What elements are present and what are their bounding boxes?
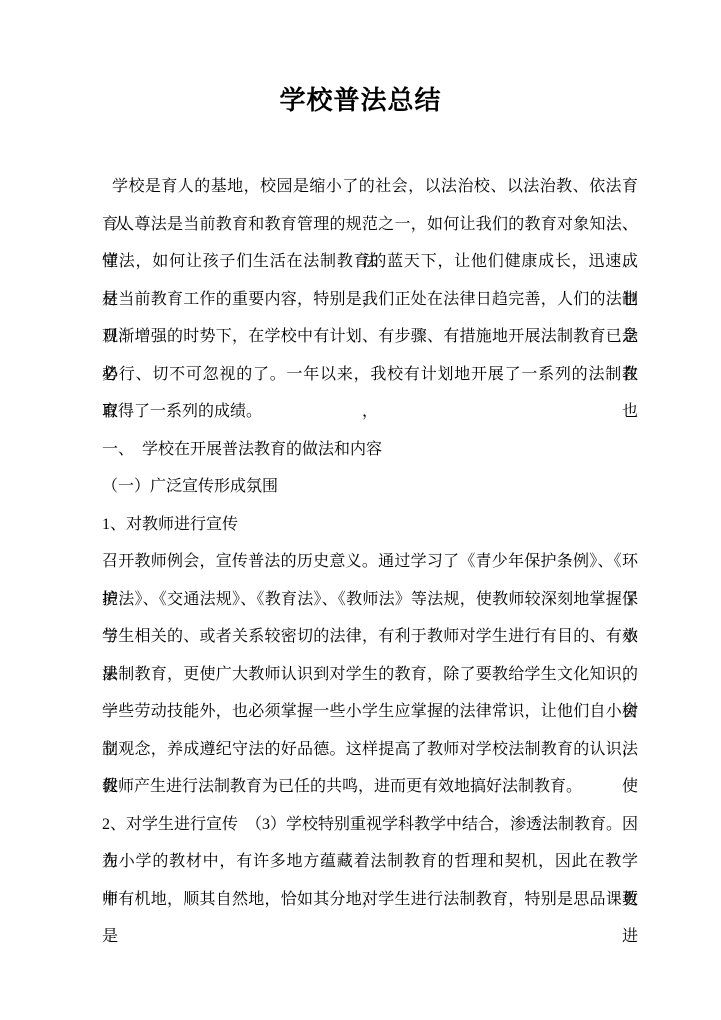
text-line: 守法，如何让孩子们生活在法制教育的蓝天下，让他们健康成长，迅速成材，也 (102, 243, 638, 281)
document-page: 学校普法总结 学校是育人的基地，校园是缩小了的社会，以法治校、以法治教、依法育人… (0, 0, 721, 1020)
text-line: 必行、切不可忽视的了。一年以来，我校有计划地开展了一系列的法制教育，也 (102, 356, 638, 394)
text-line: 2、对学生进行宣传 （3）学校特别重视学科教学中结合，渗透法制教育。因为 (102, 806, 638, 844)
text-line: 育人尊法是当前教育和教育管理的规范之一，如何让我们的教育对象知法、懂法、 (102, 206, 638, 244)
text-line: 护法》、《交通法规》、《教育法》、《教师法》等法规，使教师较深刻地掌握了与小 (102, 581, 638, 619)
subsection-heading: （一）广泛宣传形成氛围 (102, 468, 638, 506)
text-line: 学校是育人的基地，校园是缩小了的社会，以法治校、以法治教、依法育人、 (102, 168, 638, 206)
text-line: 召开教师例会，宣传普法的历史意义。通过学习了《青少年保护条例》、《环境保 (102, 543, 638, 581)
text-line: 日渐增强的时势下，在学校中有计划、有步骤、有措施地开展法制教育已是势在 (102, 318, 638, 356)
text-line: 学生相关的、或者关系较密切的法律，有利于教师对学生进行有目的、有效果的 (102, 618, 638, 656)
document-title: 学校普法总结 (0, 0, 721, 119)
text-line: 是当前教育工作的重要内容，特别是我们正处在法律日趋完善，人们的法制观念 (102, 281, 638, 319)
subsection-heading: 1、对教师进行宣传 (102, 506, 638, 544)
section-heading: 一、 学校在开展普法教育的做法和内容 (102, 431, 638, 469)
text-line: 法制教育，更使广大教师认识到对学生的教育，除了要教给学生文化知识，学会 (102, 656, 638, 694)
text-line: 师有机地，顺其自然地，恰如其分地对学生进行法制教育，特别是思品课更是进 (102, 881, 638, 919)
text-line: 制观念，养成遵纪守法的好品德。这样提高了教师对学校法制教育的认识，促使 (102, 731, 638, 769)
text-line: 一些劳动技能外，也必须掌握一些小学生应掌握的法律常识，让他们自小树立法 (102, 693, 638, 731)
document-body: 学校是育人的基地，校园是缩小了的社会，以法治校、以法治教、依法育人、 育人尊法是… (102, 168, 638, 918)
text-line: 教师产生进行法制教育为已任的共鸣，进而更有效地搞好法制教育。 (102, 768, 638, 806)
text-line: 在小学的教材中，有许多地方蕴藏着法制教育的哲理和契机，因此在教学中，教 (102, 843, 638, 881)
